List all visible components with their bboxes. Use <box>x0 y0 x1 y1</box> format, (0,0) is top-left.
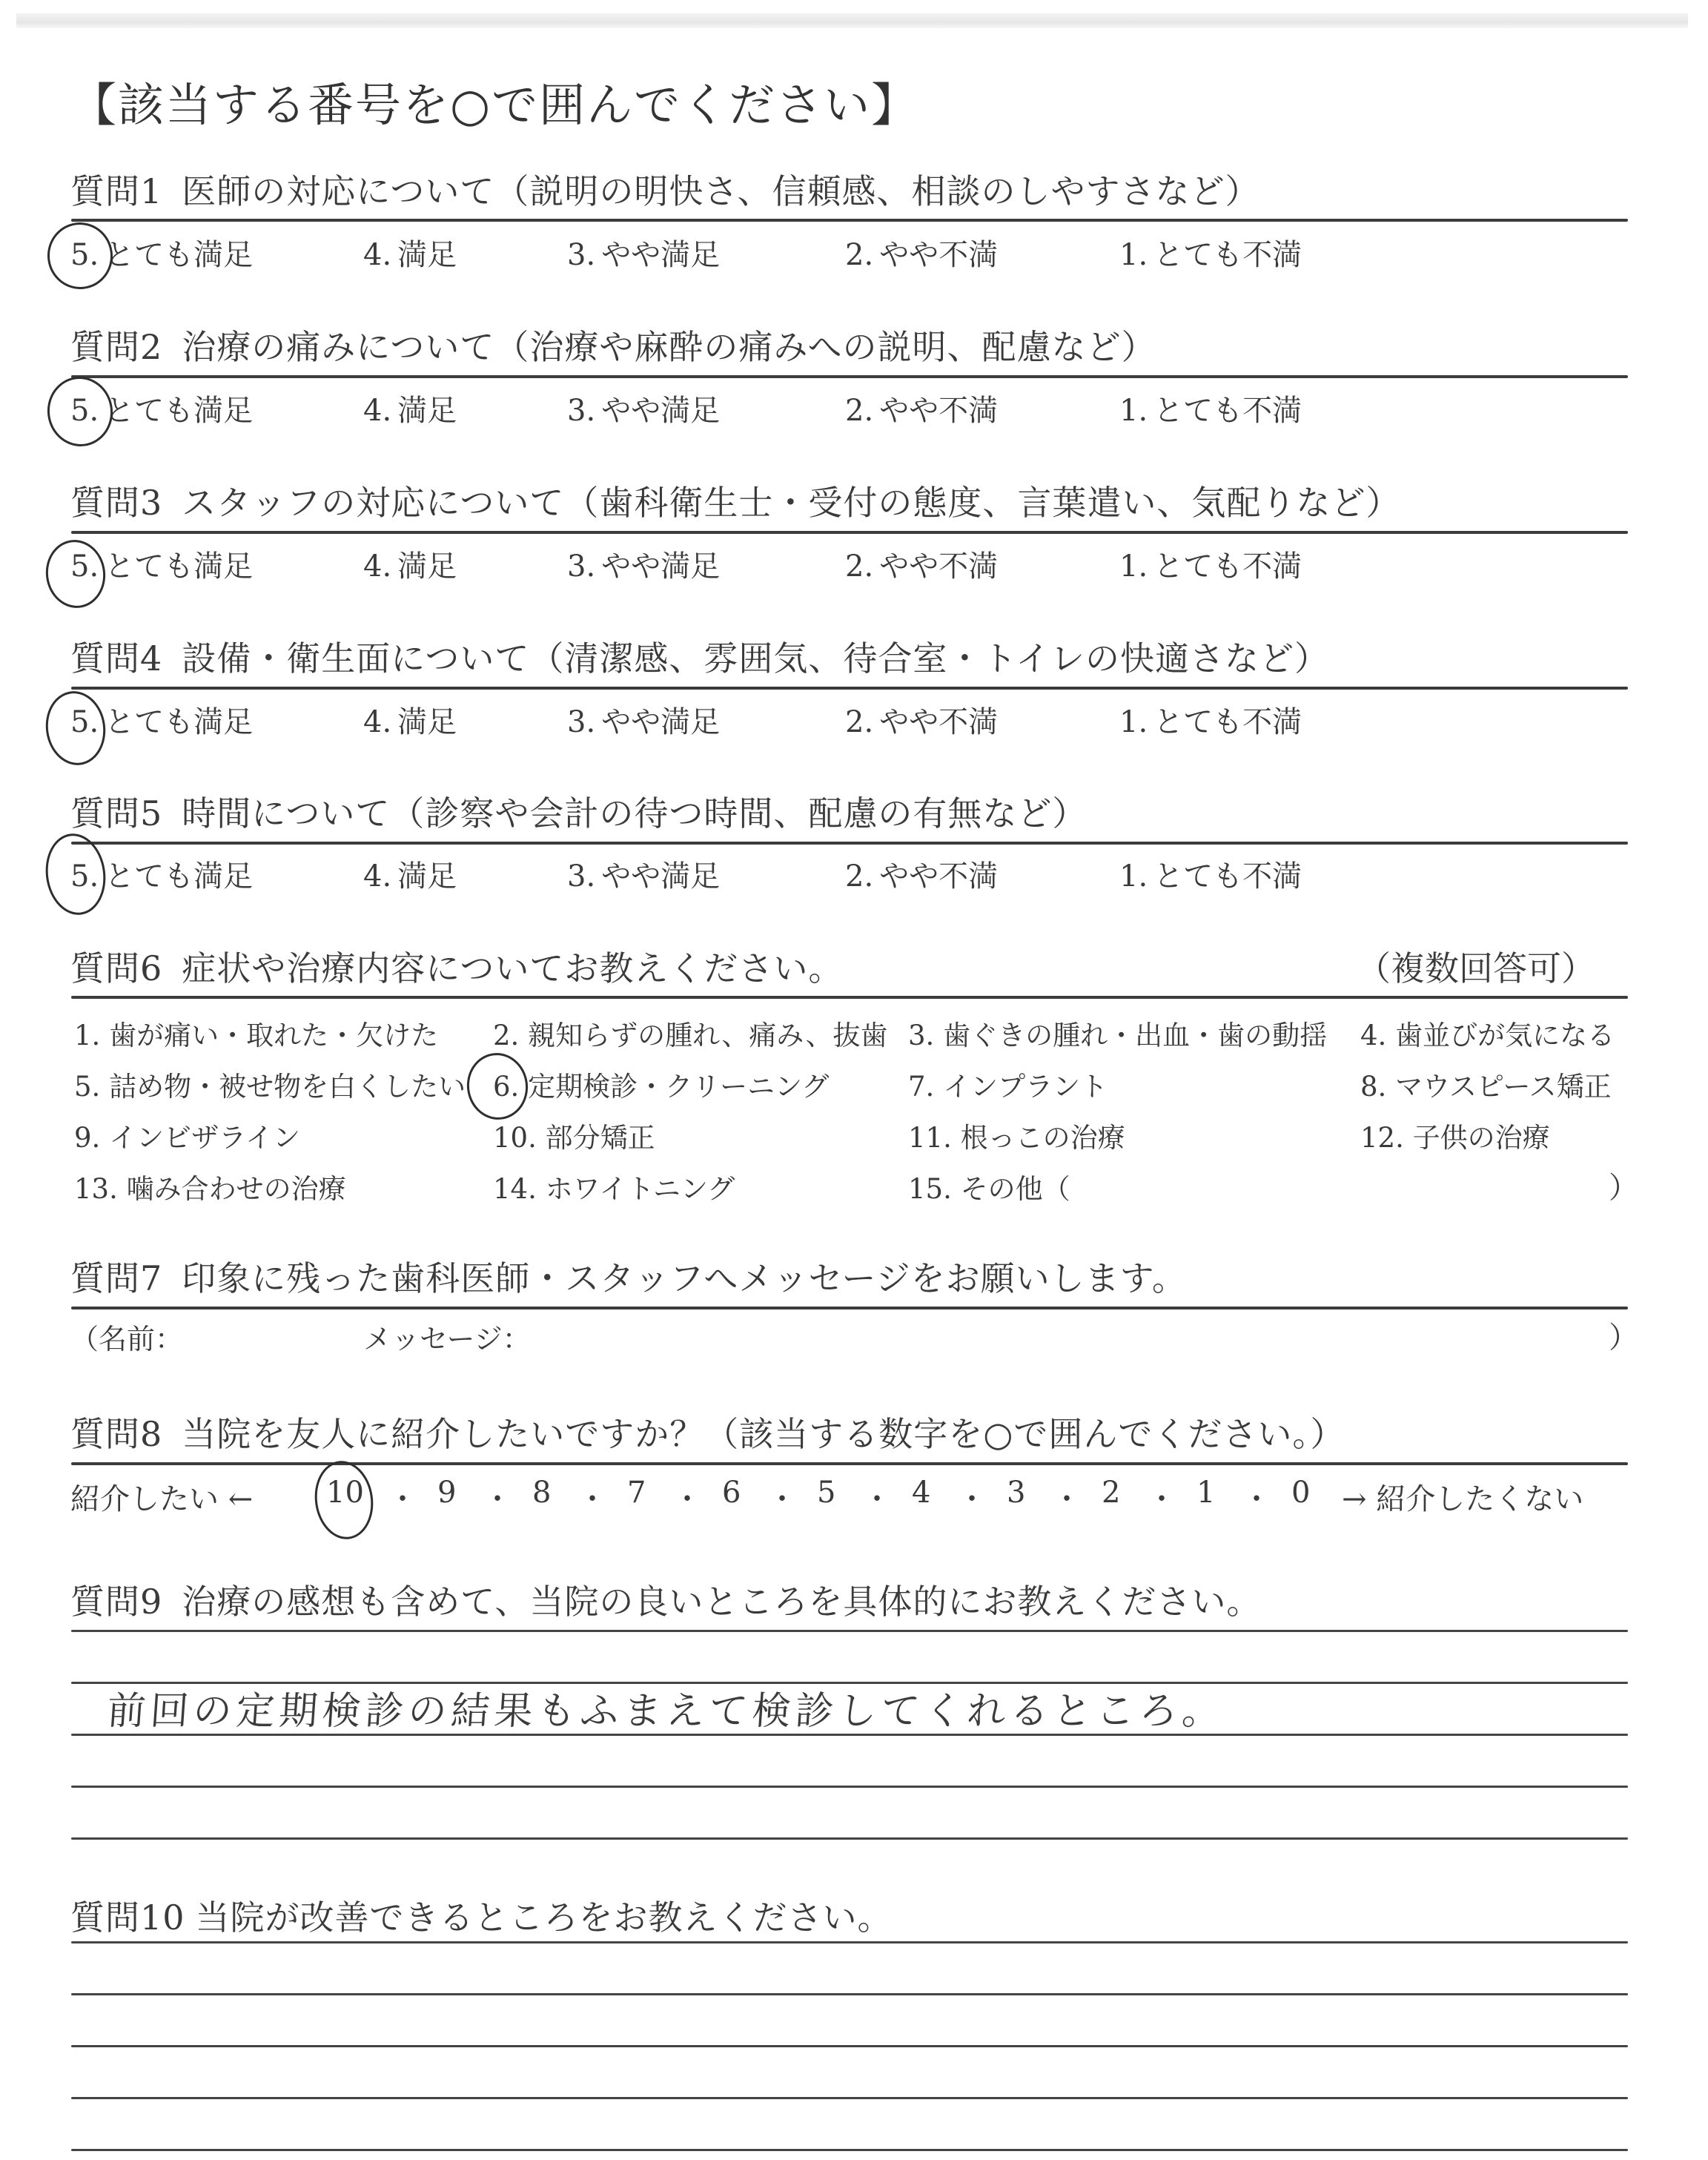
question-5-number: 質問5 <box>70 793 162 833</box>
option-number: 1. <box>1119 549 1148 584</box>
option-label: 満足 <box>397 394 457 428</box>
scale-4[interactable]: 4 <box>912 1476 930 1510</box>
option-label: 歯が痛い・取れた・欠けた <box>109 1020 438 1051</box>
question-4-number: 質問4 <box>70 638 162 678</box>
q1-option-2[interactable]: 2.やや不満 <box>845 231 998 274</box>
question-7-text: 印象に残った歯科医師・スタッフへメッセージをお願いします。 <box>182 1258 1187 1298</box>
question-1-rule <box>71 219 1628 222</box>
q3-option-5[interactable]: 5.とても満足 <box>70 543 253 585</box>
option-label: マウスピース矯正 <box>1395 1071 1612 1103</box>
answer-line <box>71 1837 1628 1840</box>
q6-option-8[interactable]: 8. マウスピース矯正 <box>1360 1064 1612 1104</box>
option-number: 4. <box>363 394 391 428</box>
answer-line <box>71 2149 1628 2151</box>
option-label: 歯ぐきの腫れ・出血・歯の動揺 <box>943 1020 1327 1051</box>
q5-option-4[interactable]: 4.満足 <box>363 853 457 895</box>
option-label: 噛み合わせの治療 <box>127 1173 346 1205</box>
question-1-heading: 質問1医師の対応について（説明の明快さ、信頼感、相談のしやすさなど） <box>70 165 1260 214</box>
option-number: 2. <box>845 238 873 272</box>
option-number: 1. <box>1119 859 1148 894</box>
option-number: 5. <box>70 549 99 584</box>
option-number: 1. <box>74 1020 100 1051</box>
option-label: 歯並びが気になる <box>1395 1020 1615 1051</box>
q2-option-3[interactable]: 3.やや満足 <box>567 387 720 429</box>
scale-10[interactable]: 10 <box>326 1476 364 1510</box>
question-3-rule <box>71 531 1628 534</box>
q6-option-10[interactable]: 10. 部分矯正 <box>493 1115 655 1155</box>
option-number: 5. <box>70 859 99 894</box>
q6-option-7[interactable]: 7. インプラント <box>908 1064 1108 1104</box>
page-title: 【該当する番号を○で囲んでください】 <box>70 68 918 134</box>
question-4-text: 設備・衛生面について（清潔感、雰囲気、待合室・トイレの快適さなど） <box>182 638 1329 678</box>
question-6-number: 質問6 <box>70 948 162 988</box>
scale-0[interactable]: 0 <box>1291 1476 1310 1510</box>
scale-sep: ・ <box>957 1476 987 1518</box>
question-6-rule <box>71 996 1628 999</box>
option-label: 子供の治療 <box>1413 1122 1550 1154</box>
option-number: 2. <box>845 394 873 428</box>
option-label: とても不満 <box>1153 549 1302 584</box>
question-5-rule <box>71 842 1628 845</box>
option-label: 定期検診・クリーニング <box>528 1071 829 1103</box>
option-number: 15. <box>908 1173 952 1205</box>
option-label: 満足 <box>397 238 457 272</box>
option-number: 5. <box>70 705 99 739</box>
option-number: 4. <box>363 705 391 739</box>
question-3-number: 質問3 <box>70 483 162 523</box>
option-number: 4. <box>363 859 391 894</box>
q6-option-6[interactable]: 6. 定期検診・クリーニング <box>493 1064 829 1104</box>
scale-3[interactable]: 3 <box>1007 1476 1025 1510</box>
option-number: 8. <box>1360 1071 1386 1103</box>
question-2-rule <box>71 375 1628 378</box>
option-label: 詰め物・被せ物を白くしたい <box>109 1071 466 1103</box>
q4-option-1[interactable]: 1.とても不満 <box>1119 698 1302 741</box>
option-label: 満足 <box>397 549 457 584</box>
scale-right-label: → 紹介したくない <box>1342 1476 1583 1518</box>
scale-sep: ・ <box>862 1476 892 1518</box>
q4-option-4[interactable]: 4.満足 <box>363 698 457 741</box>
option-number: 5. <box>74 1071 100 1103</box>
question-10-number: 質問10 <box>70 1898 185 1938</box>
scale-2[interactable]: 2 <box>1102 1476 1120 1510</box>
option-label: 満足 <box>397 705 457 739</box>
question-9-number: 質問9 <box>70 1582 162 1622</box>
option-label: とても不満 <box>1153 394 1302 428</box>
question-9-text: 治療の感想も含めて、当院の良いところを具体的にお教えください。 <box>182 1582 1261 1622</box>
option-number: 3. <box>567 394 595 428</box>
option-number: 4. <box>1360 1020 1386 1051</box>
question-7-rule <box>71 1307 1628 1309</box>
option-label: やや満足 <box>601 859 720 894</box>
option-label: その他（ <box>961 1173 1070 1205</box>
question-4-options: 5.とても満足 4.満足 3.やや満足 2.やや不満 1.とても不満 <box>0 698 1708 743</box>
q6-option-11[interactable]: 11. 根っこの治療 <box>908 1115 1125 1155</box>
option-number: 3. <box>567 705 595 739</box>
question-2-heading: 質問2治療の痛みについて（治療や麻酔の痛みへの説明、配慮など） <box>70 320 1156 369</box>
option-label: とても満足 <box>105 859 253 894</box>
question-4-rule <box>71 687 1628 690</box>
option-number: 2. <box>845 549 873 584</box>
question-6-heading: 質問6症状や治療内容についてお教えください。 <box>70 942 843 991</box>
scale-sep: ・ <box>483 1476 512 1518</box>
option-number: 1. <box>1119 238 1148 272</box>
option-number: 14. <box>493 1173 537 1205</box>
other-close-paren: ） <box>1609 1164 1638 1206</box>
name-label: （名前： <box>70 1316 183 1357</box>
question-2-number: 質問2 <box>70 327 162 367</box>
option-label: 親知らずの腫れ、痛み、抜歯 <box>528 1020 887 1051</box>
option-label: インビザライン <box>109 1122 300 1154</box>
message-close-paren: ） <box>1609 1314 1638 1356</box>
q5-option-3[interactable]: 3.やや満足 <box>567 853 720 895</box>
option-label: ホワイトニング <box>546 1173 735 1205</box>
message-label: メッセージ： <box>363 1316 531 1357</box>
option-label: やや不満 <box>879 238 998 272</box>
option-label: やや不満 <box>879 859 998 894</box>
option-label: とても満足 <box>105 238 253 272</box>
q4-option-5[interactable]: 5.とても満足 <box>70 698 253 741</box>
q6-option-14[interactable]: 14. ホワイトニング <box>493 1166 735 1206</box>
question-3-text: スタッフの対応について（歯科衛生士・受付の態度、言葉遣い、気配りなど） <box>182 483 1400 523</box>
scale-sep: ・ <box>388 1476 417 1518</box>
option-number: 6. <box>493 1071 519 1103</box>
q5-option-2[interactable]: 2.やや不満 <box>845 853 998 895</box>
question-1-options: 5.とても満足 4.満足 3.やや満足 2.やや不満 1.とても不満 <box>0 231 1708 276</box>
q6-option-4[interactable]: 4. 歯並びが気になる <box>1360 1013 1615 1053</box>
q4-option-3[interactable]: 3.やや満足 <box>567 698 720 741</box>
option-number: 13. <box>74 1173 118 1205</box>
option-label: やや不満 <box>879 705 998 739</box>
question-8-text: 当院を友人に紹介したいですか？（該当する数字を○で囲んでください。） <box>182 1414 1345 1454</box>
option-number: 5. <box>70 238 99 272</box>
option-label: やや満足 <box>601 394 720 428</box>
option-label: とても不満 <box>1153 238 1302 272</box>
option-label: インプラント <box>943 1071 1108 1103</box>
q5-option-5[interactable]: 5.とても満足 <box>70 853 253 895</box>
q3-option-1[interactable]: 1.とても不満 <box>1119 543 1302 585</box>
q2-option-2[interactable]: 2.やや不満 <box>845 387 998 429</box>
q2-option-1[interactable]: 1.とても不満 <box>1119 387 1302 429</box>
option-label: やや不満 <box>879 549 998 584</box>
recommend-scale: 紹介したい ← 10 ・ 9 ・ 8 ・ 7 ・ 6 ・ 5 ・ 4 ・ 3 ・… <box>70 1476 1635 1520</box>
scale-left-label: 紹介したい ← <box>70 1476 253 1518</box>
question-4-heading: 質問4設備・衛生面について（清潔感、雰囲気、待合室・トイレの快適さなど） <box>70 632 1329 681</box>
q2-option-4[interactable]: 4.満足 <box>363 387 457 429</box>
question-5-options: 5.とても満足 4.満足 3.やや満足 2.やや不満 1.とても不満 <box>0 853 1708 897</box>
scale-8[interactable]: 8 <box>532 1476 551 1510</box>
option-number: 4. <box>363 549 391 584</box>
answer-line <box>71 1941 1628 1943</box>
option-number: 2. <box>845 705 873 739</box>
scan-edge-band <box>16 13 1688 28</box>
option-number: 10. <box>493 1122 537 1154</box>
scale-sep: ・ <box>672 1476 702 1518</box>
scale-9[interactable]: 9 <box>437 1476 456 1510</box>
question-3-options: 5.とても満足 4.満足 3.やや満足 2.やや不満 1.とても不満 <box>0 543 1708 587</box>
q1-option-3[interactable]: 3.やや満足 <box>567 231 720 274</box>
question-9-heading: 質問9治療の感想も含めて、当院の良いところを具体的にお教えください。 <box>70 1575 1261 1624</box>
q6-option-1[interactable]: 1. 歯が痛い・取れた・欠けた <box>74 1013 438 1053</box>
message-field[interactable] <box>563 1316 1586 1352</box>
option-number: 9. <box>74 1122 100 1154</box>
option-label: とても満足 <box>105 394 253 428</box>
option-label: とても不満 <box>1153 859 1302 894</box>
option-label: 部分矯正 <box>546 1122 655 1154</box>
option-number: 3. <box>567 549 595 584</box>
question-8-number: 質問8 <box>70 1414 162 1454</box>
option-label: やや満足 <box>601 549 720 584</box>
option-number: 5. <box>70 394 99 428</box>
scale-sep: ・ <box>767 1476 797 1518</box>
question-5-heading: 質問5時間について（診察や会計の待つ時間、配慮の有無など） <box>70 787 1087 836</box>
scale-sep: ・ <box>1147 1476 1176 1518</box>
question-3-heading: 質問3スタッフの対応について（歯科衛生士・受付の態度、言葉遣い、気配りなど） <box>70 476 1400 525</box>
q2-option-5[interactable]: 5.とても満足 <box>70 387 253 429</box>
q1-option-5[interactable]: 5.とても満足 <box>70 231 253 274</box>
scale-6[interactable]: 6 <box>722 1476 741 1510</box>
option-number: 2. <box>845 859 873 894</box>
scale-sep: ・ <box>577 1476 607 1518</box>
question-7-heading: 質問7印象に残った歯科医師・スタッフへメッセージをお願いします。 <box>70 1252 1187 1301</box>
q1-option-1[interactable]: 1.とても不満 <box>1119 231 1302 274</box>
q6-option-3[interactable]: 3. 歯ぐきの腫れ・出血・歯の動揺 <box>908 1013 1327 1053</box>
q6-option-2[interactable]: 2. 親知らずの腫れ、痛み、抜歯 <box>493 1013 888 1053</box>
q10-answer-area[interactable] <box>74 1950 1623 2143</box>
answer-line <box>71 1630 1628 1632</box>
option-number: 1. <box>1119 394 1148 428</box>
q1-option-4[interactable]: 4.満足 <box>363 231 457 274</box>
option-label: とても不満 <box>1153 705 1302 739</box>
q6-option-15-other[interactable]: 15. その他（ <box>908 1166 1070 1206</box>
option-number: 11. <box>908 1122 952 1154</box>
question-8-heading: 質問8当院を友人に紹介したいですか？（該当する数字を○で囲んでください。） <box>70 1407 1345 1456</box>
q3-option-4[interactable]: 4.満足 <box>363 543 457 585</box>
question-1-text: 医師の対応について（説明の明快さ、信頼感、相談のしやすさなど） <box>182 171 1260 211</box>
question-5-text: 時間について（診察や会計の待つ時間、配慮の有無など） <box>182 793 1087 833</box>
option-label: やや不満 <box>879 394 998 428</box>
option-label: やや満足 <box>601 705 720 739</box>
answer-line <box>71 1786 1628 1788</box>
question-1-number: 質問1 <box>70 171 162 211</box>
q6-option-13[interactable]: 13. 噛み合わせの治療 <box>74 1166 346 1206</box>
question-2-text: 治療の痛みについて（治療や麻酔の痛みへの説明、配慮など） <box>182 327 1156 367</box>
option-number: 2. <box>493 1020 519 1051</box>
option-number: 7. <box>908 1071 934 1103</box>
option-label: 満足 <box>397 859 457 894</box>
scale-sep: ・ <box>1242 1476 1271 1518</box>
question-10-heading: 質問10当院が改善できるところをお教えください。 <box>70 1891 893 1940</box>
option-number: 3. <box>567 859 595 894</box>
question-10-text: 当院が改善できるところをお教えください。 <box>196 1898 893 1938</box>
q3-option-2[interactable]: 2.やや不満 <box>845 543 998 585</box>
option-number: 12. <box>1360 1122 1404 1154</box>
question-7-number: 質問7 <box>70 1258 162 1298</box>
q6-option-12[interactable]: 12. 子供の治療 <box>1360 1115 1550 1155</box>
q5-option-1[interactable]: 1.とても不満 <box>1119 853 1302 895</box>
q3-option-3[interactable]: 3.やや満足 <box>567 543 720 585</box>
multiple-answers-note: （複数回答可） <box>1357 942 1595 991</box>
option-number: 3. <box>908 1020 934 1051</box>
scale-5[interactable]: 5 <box>817 1476 835 1510</box>
q9-handwritten-answer[interactable]: 前回の定期検診の結果もふまえて検診してくれるところ。 <box>105 1680 1227 1735</box>
scale-sep: ・ <box>1052 1476 1082 1518</box>
q6-option-9[interactable]: 9. インビザライン <box>74 1115 300 1155</box>
q4-option-2[interactable]: 2.やや不満 <box>845 698 998 741</box>
option-number: 1. <box>1119 705 1148 739</box>
scale-1[interactable]: 1 <box>1196 1476 1215 1510</box>
option-label: やや満足 <box>601 238 720 272</box>
scale-7[interactable]: 7 <box>627 1476 646 1510</box>
q6-option-5[interactable]: 5. 詰め物・被せ物を白くしたい <box>74 1064 466 1104</box>
question-2-options: 5.とても満足 4.満足 3.やや満足 2.やや不満 1.とても不満 <box>0 387 1708 432</box>
option-number: 3. <box>567 238 595 272</box>
option-label: とても満足 <box>105 705 253 739</box>
option-label: 根っこの治療 <box>961 1122 1125 1154</box>
question-6-text: 症状や治療内容についてお教えください。 <box>182 948 843 988</box>
option-number: 4. <box>363 238 391 272</box>
option-label: とても満足 <box>105 549 253 584</box>
name-field[interactable] <box>222 1316 356 1352</box>
question-8-rule <box>71 1462 1628 1465</box>
